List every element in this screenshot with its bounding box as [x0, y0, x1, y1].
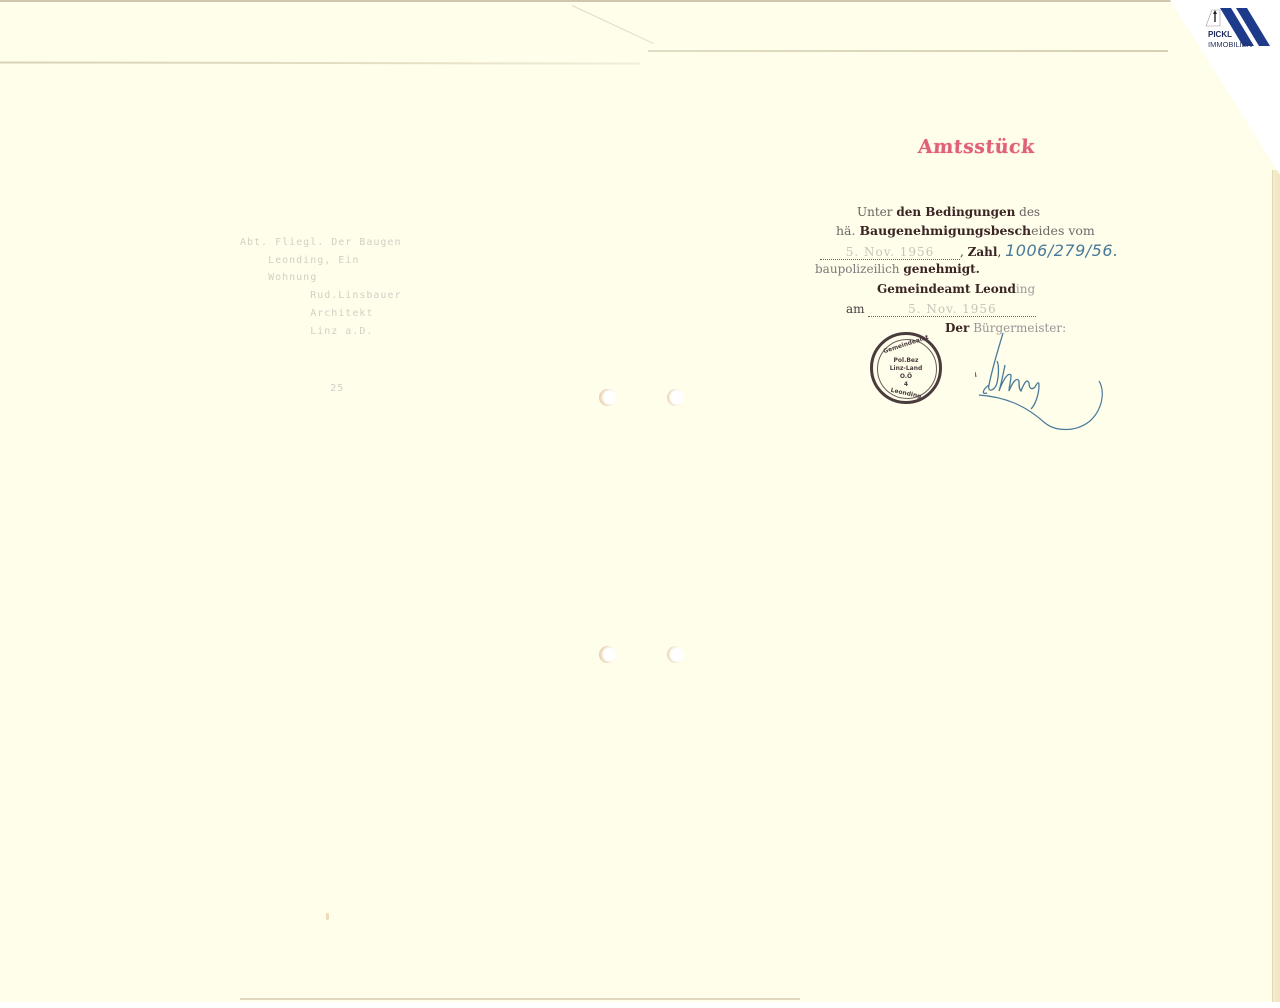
- ghost-text-line: Linz a.D.: [240, 326, 373, 337]
- approval-line-decree: hä. Baugenehmigungsbescheides vom: [836, 223, 1095, 238]
- document-page: PICKL IMMOBILIEN Amtsstück Unter den Bed…: [0, 0, 1280, 1008]
- fold-line: [648, 50, 1168, 52]
- text: den Bedingungen: [896, 205, 1015, 219]
- approval-line-conditions: Unter den Bedingungen des: [857, 205, 1040, 219]
- paper-crease: [572, 5, 654, 44]
- text: genehmigt.: [903, 262, 979, 276]
- punch-hole: [667, 389, 684, 406]
- municipal-seal: Gemeindeamt Pol.Bez Linz-Land O.Ö 4 Leon…: [870, 332, 942, 404]
- approval-date: 5. Nov. 1956: [908, 302, 997, 316]
- ghost-text-line: 25: [260, 383, 344, 394]
- fold-line: [0, 61, 640, 64]
- seal-line: O.Ö: [870, 373, 942, 380]
- decree-date: 5. Nov. 1956: [846, 245, 935, 259]
- approval-line-am-date: am 5. Nov. 1956: [846, 302, 1036, 317]
- right-paper-edge: [1272, 170, 1280, 1008]
- ghost-text-line: Architekt: [240, 308, 373, 319]
- ghost-text-line: Rud.Linsbauer: [240, 290, 401, 301]
- authority-name: Gemeindeamt Leond: [877, 282, 1016, 296]
- seal-line: Linz-Land: [870, 365, 942, 372]
- text: Unter: [857, 205, 893, 219]
- seal-line: Pol.Bez: [870, 357, 942, 364]
- bottom-shadow: [240, 998, 800, 1000]
- punch-hole: [667, 646, 684, 663]
- paper-stain: [326, 913, 329, 920]
- decree-date-field: 5. Nov. 1956: [820, 245, 960, 260]
- approval-line-date-number: 5. Nov. 1956 , Zahl, 1006/279/56.: [820, 241, 1119, 260]
- text: Der: [945, 321, 969, 335]
- bottom-paper-edge: [0, 1002, 1280, 1008]
- approval-date-field: 5. Nov. 1956: [868, 302, 1036, 317]
- file-number: 1006/279/56.: [1005, 241, 1118, 260]
- zahl-label: Zahl: [968, 245, 998, 259]
- mayor-signature: [975, 325, 1110, 435]
- ghost-text-line: Abt. Fliegl. Der Baugen: [240, 237, 401, 248]
- logo-text-pickl: PICKL: [1208, 30, 1232, 39]
- amtsstueck-stamp: Amtsstück: [917, 136, 1035, 158]
- text: des: [1019, 205, 1040, 219]
- approval-line-authority: Gemeindeamt Leonding: [877, 282, 1035, 296]
- approval-line-approved: baupolizeilich genehmigt.: [815, 262, 980, 276]
- text: ing: [1016, 282, 1035, 296]
- text: eides vom: [1031, 223, 1095, 238]
- punch-hole: [599, 389, 616, 406]
- ghost-text-line: Leonding, Ein: [240, 255, 359, 266]
- logo-text-immobilien: IMMOBILIEN: [1208, 40, 1252, 49]
- pickl-immobilien-logo: PICKL IMMOBILIEN: [1198, 4, 1278, 50]
- punch-hole: [599, 646, 616, 663]
- text: baupolizeilich: [815, 262, 900, 276]
- text: Baugenehmigungsbesch: [859, 223, 1031, 238]
- ghost-text-line: Wohnung: [240, 272, 317, 283]
- text: hä.: [836, 223, 855, 238]
- top-paper-edge: [0, 0, 1175, 2]
- am-label: am: [846, 302, 865, 316]
